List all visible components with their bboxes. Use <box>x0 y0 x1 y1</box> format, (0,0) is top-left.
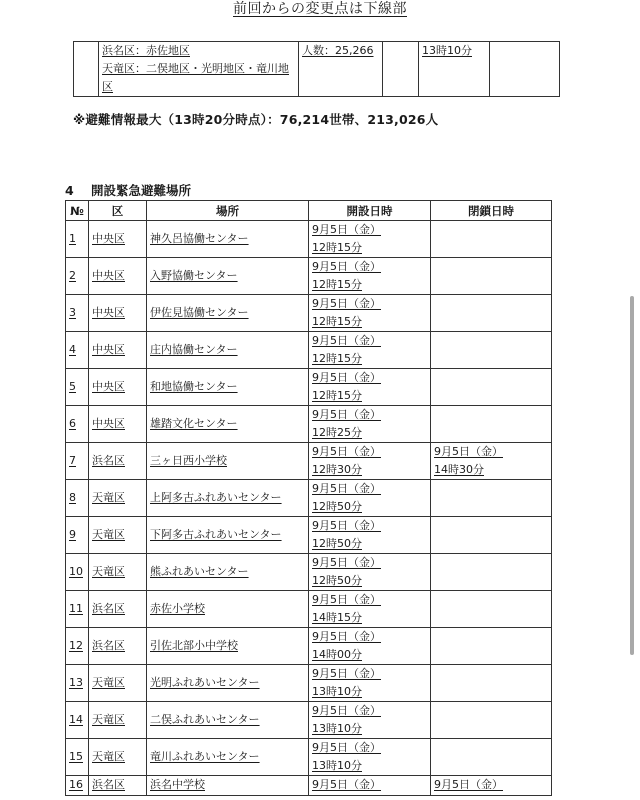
cell-no: 3 <box>66 295 89 332</box>
table-row: 2中央区入野協働センター9月5日（金）12時15分 <box>66 258 552 295</box>
cell-closed <box>431 258 552 295</box>
change-note-text: 前回からの変更点は下線部 <box>233 1 407 17</box>
row-number: 9 <box>69 528 76 541</box>
open-date: 9月5日（金） <box>312 480 430 498</box>
ward-name: 天竜区 <box>92 676 125 689</box>
cell-place: 下阿多古ふれあいセンター <box>147 517 309 554</box>
cell-blank <box>74 42 99 97</box>
table-row: 14天竜区二俣ふれあいセンター9月5日（金）13時10分 <box>66 702 552 739</box>
table-header-row: № 区 場所 開設日時 閉鎖日時 <box>66 201 552 221</box>
open-date: 9月5日（金） <box>312 406 430 424</box>
people-count: 人数：25,266 <box>302 44 374 57</box>
cell-closed <box>431 295 552 332</box>
table-row: 12浜名区引佐北部小中学校9月5日（金）14時00分 <box>66 628 552 665</box>
ward-name: 天竜区 <box>92 750 125 763</box>
shelter-name: 入野協働センター <box>150 269 238 282</box>
cell-opened: 9月5日（金）12時25分 <box>309 406 431 443</box>
cell-no: 8 <box>66 480 89 517</box>
cell-opened: 9月5日（金）12時15分 <box>309 369 431 406</box>
cell-opened: 9月5日（金）12時15分 <box>309 258 431 295</box>
cell-ward: 天竜区 <box>89 739 147 776</box>
row-number: 15 <box>69 750 83 763</box>
open-date: 9月5日（金） <box>312 332 430 350</box>
cell-no: 13 <box>66 665 89 702</box>
cell-no: 1 <box>66 221 89 258</box>
open-date: 9月5日（金） <box>312 628 430 646</box>
row-number: 3 <box>69 306 76 319</box>
cell-closed <box>431 665 552 702</box>
open-time: 12時30分 <box>312 461 430 479</box>
cell-time: 13時10分 <box>419 42 490 97</box>
table-row: 6中央区雄踏文化センター9月5日（金）12時25分 <box>66 406 552 443</box>
cell-no: 6 <box>66 406 89 443</box>
cell-place: 和地協働センター <box>147 369 309 406</box>
open-time: 12時15分 <box>312 276 430 294</box>
ward-name: 中央区 <box>92 343 125 356</box>
cell-closed <box>431 702 552 739</box>
ward-name: 浜名区 <box>92 454 125 467</box>
col-header-no: № <box>66 201 89 221</box>
shelter-name: 神久呂協働センター <box>150 232 249 245</box>
close-time: 14時30分 <box>434 461 551 479</box>
shelter-name: 雄踏文化センター <box>150 417 238 430</box>
change-note-heading: 前回からの変更点は下線部 <box>0 0 640 18</box>
cell-place: 三ヶ日西小学校 <box>147 443 309 480</box>
shelter-name: 熊ふれあいセンター <box>150 565 249 578</box>
shelter-name: 上阿多古ふれあいセンター <box>150 491 282 504</box>
ward-name: 浜名区 <box>92 639 125 652</box>
cell-place: 二俣ふれあいセンター <box>147 702 309 739</box>
cell-place: 上阿多古ふれあいセンター <box>147 480 309 517</box>
cell-opened: 9月5日（金）14時15分 <box>309 591 431 628</box>
open-date: 9月5日（金） <box>312 295 430 313</box>
row-number: 1 <box>69 232 76 245</box>
table-row: 4中央区庄内協働センター9月5日（金）12時15分 <box>66 332 552 369</box>
row-number: 5 <box>69 380 76 393</box>
ward-name: 中央区 <box>92 380 125 393</box>
cell-no: 9 <box>66 517 89 554</box>
cell-place: 伊佐見協働センター <box>147 295 309 332</box>
open-date: 9月5日（金） <box>312 702 430 720</box>
cell-no: 11 <box>66 591 89 628</box>
cell-opened: 9月5日（金）14時00分 <box>309 628 431 665</box>
cell-no: 7 <box>66 443 89 480</box>
shelter-table: № 区 場所 開設日時 閉鎖日時 1中央区神久呂協働センター9月5日（金）12時… <box>65 200 552 796</box>
ward-name: 天竜区 <box>92 528 125 541</box>
col-header-place: 場所 <box>147 201 309 221</box>
area-line: 天竜区：二俣地区・光明地区・竜川地区 <box>102 62 289 93</box>
cell-no: 14 <box>66 702 89 739</box>
ward-name: 中央区 <box>92 232 125 245</box>
ward-name: 浜名区 <box>92 778 125 791</box>
shelter-name: 伊佐見協働センター <box>150 306 249 319</box>
cell-place: 熊ふれあいセンター <box>147 554 309 591</box>
area-line: 浜名区：赤佐地区 <box>102 42 298 60</box>
cell-ward: 中央区 <box>89 258 147 295</box>
ward-name: 中央区 <box>92 417 125 430</box>
cell-place: 神久呂協働センター <box>147 221 309 258</box>
open-time: 12時25分 <box>312 424 430 442</box>
open-time: 12時50分 <box>312 535 430 553</box>
shelter-name: 下阿多古ふれあいセンター <box>150 528 282 541</box>
open-time: 12時15分 <box>312 350 430 368</box>
cell-closed <box>431 369 552 406</box>
table-row: 13天竜区光明ふれあいセンター9月5日（金）13時10分 <box>66 665 552 702</box>
row-number: 6 <box>69 417 76 430</box>
cell-ward: 浜名区 <box>89 628 147 665</box>
shelter-name: 引佐北部小中学校 <box>150 639 238 652</box>
cell-opened: 9月5日（金）12時50分 <box>309 517 431 554</box>
open-date: 9月5日（金） <box>312 517 430 535</box>
ward-name: 中央区 <box>92 269 125 282</box>
table-row: 1中央区神久呂協働センター9月5日（金）12時15分 <box>66 221 552 258</box>
cell-closed <box>431 221 552 258</box>
ward-name: 中央区 <box>92 306 125 319</box>
ward-name: 天竜区 <box>92 713 125 726</box>
cell-closed <box>431 517 552 554</box>
open-date: 9月5日（金） <box>312 776 430 794</box>
open-time: 12時15分 <box>312 313 430 331</box>
cell-ward: 中央区 <box>89 332 147 369</box>
cell-opened: 9月5日（金） <box>309 776 431 796</box>
row-number: 13 <box>69 676 83 689</box>
col-header-ward: 区 <box>89 201 147 221</box>
table-row: 11浜名区赤佐小学校9月5日（金）14時15分 <box>66 591 552 628</box>
cell-opened: 9月5日（金）12時50分 <box>309 554 431 591</box>
cell-ward: 天竜区 <box>89 517 147 554</box>
cell-no: 5 <box>66 369 89 406</box>
row-number: 12 <box>69 639 83 652</box>
cell-closed <box>431 332 552 369</box>
cell-no: 4 <box>66 332 89 369</box>
cell-opened: 9月5日（金）12時50分 <box>309 480 431 517</box>
ward-name: 天竜区 <box>92 491 125 504</box>
evacuation-info-table: 浜名区：赤佐地区 天竜区：二俣地区・光明地区・竜川地区 人数：25,266 13… <box>73 41 560 97</box>
cell-ward: 浜名区 <box>89 776 147 796</box>
row-number: 11 <box>69 602 83 615</box>
shelter-name: 庄内協働センター <box>150 343 238 356</box>
open-time: 12時15分 <box>312 387 430 405</box>
section-title: 開設緊急避難場所 <box>91 183 191 198</box>
row-number: 8 <box>69 491 76 504</box>
open-date: 9月5日（金） <box>312 221 430 239</box>
row-number: 2 <box>69 269 76 282</box>
open-date: 9月5日（金） <box>312 369 430 387</box>
open-date: 9月5日（金） <box>312 739 430 757</box>
table-row: 7浜名区三ヶ日西小学校9月5日（金）12時30分9月5日（金）14時30分 <box>66 443 552 480</box>
cell-closed: 9月5日（金）14時30分 <box>431 443 552 480</box>
cell-ward: 中央区 <box>89 295 147 332</box>
cell-opened: 9月5日（金）13時10分 <box>309 702 431 739</box>
open-time: 12時50分 <box>312 572 430 590</box>
col-header-closed: 閉鎖日時 <box>431 201 552 221</box>
vertical-scrollbar[interactable] <box>630 296 634 655</box>
open-date: 9月5日（金） <box>312 554 430 572</box>
cell-ward: 中央区 <box>89 369 147 406</box>
cell-people: 人数：25,266 <box>299 42 383 97</box>
shelter-name: 赤佐小学校 <box>150 602 205 615</box>
shelter-name: 和地協働センター <box>150 380 238 393</box>
shelter-name: 光明ふれあいセンター <box>150 676 260 689</box>
cell-opened: 9月5日（金）12時15分 <box>309 332 431 369</box>
table-row: 3中央区伊佐見協働センター9月5日（金）12時15分 <box>66 295 552 332</box>
section-heading: 4開設緊急避難場所 <box>65 183 191 199</box>
open-date: 9月5日（金） <box>312 443 430 461</box>
shelter-table-body: 1中央区神久呂協働センター9月5日（金）12時15分2中央区入野協働センター9月… <box>66 221 552 796</box>
cell-blank <box>383 42 419 97</box>
cell-opened: 9月5日（金）12時30分 <box>309 443 431 480</box>
ward-name: 天竜区 <box>92 565 125 578</box>
cell-closed <box>431 554 552 591</box>
row-number: 7 <box>69 454 76 467</box>
col-header-opened: 開設日時 <box>309 201 431 221</box>
open-date: 9月5日（金） <box>312 665 430 683</box>
shelter-name: 竜川ふれあいセンター <box>150 750 260 763</box>
open-time: 14時15分 <box>312 609 430 627</box>
cell-no: 16 <box>66 776 89 796</box>
cell-place: 雄踏文化センター <box>147 406 309 443</box>
table-row: 16浜名区浜名中学校9月5日（金）9月5日（金） <box>66 776 552 796</box>
cell-blank <box>490 42 560 97</box>
evacuation-max-summary: ※避難情報最大（13時20分時点）：76,214世帯、213,026人 <box>73 112 438 128</box>
close-date: 9月5日（金） <box>434 776 551 794</box>
shelter-name: 三ヶ日西小学校 <box>150 454 227 467</box>
row-number: 14 <box>69 713 83 726</box>
cell-closed <box>431 406 552 443</box>
cell-ward: 中央区 <box>89 221 147 258</box>
table-row: 15天竜区竜川ふれあいセンター9月5日（金）13時10分 <box>66 739 552 776</box>
cell-closed <box>431 628 552 665</box>
section-number: 4 <box>65 183 91 199</box>
table-row: 8天竜区上阿多古ふれあいセンター9月5日（金）12時50分 <box>66 480 552 517</box>
cell-place: 浜名中学校 <box>147 776 309 796</box>
open-time: 13時10分 <box>312 720 430 738</box>
cell-ward: 天竜区 <box>89 554 147 591</box>
cell-ward: 天竜区 <box>89 480 147 517</box>
cell-place: 入野協働センター <box>147 258 309 295</box>
cell-no: 10 <box>66 554 89 591</box>
table-row: 浜名区：赤佐地区 天竜区：二俣地区・光明地区・竜川地区 人数：25,266 13… <box>74 42 560 97</box>
cell-no: 15 <box>66 739 89 776</box>
table-row: 10天竜区熊ふれあいセンター9月5日（金）12時50分 <box>66 554 552 591</box>
open-time: 14時00分 <box>312 646 430 664</box>
row-number: 4 <box>69 343 76 356</box>
cell-no: 12 <box>66 628 89 665</box>
open-time: 13時10分 <box>312 757 430 775</box>
cell-ward: 天竜区 <box>89 665 147 702</box>
cell-opened: 9月5日（金）12時15分 <box>309 221 431 258</box>
issue-time: 13時10分 <box>422 44 472 57</box>
close-date: 9月5日（金） <box>434 443 551 461</box>
cell-closed <box>431 480 552 517</box>
cell-place: 光明ふれあいセンター <box>147 665 309 702</box>
open-date: 9月5日（金） <box>312 258 430 276</box>
cell-opened: 9月5日（金）13時10分 <box>309 665 431 702</box>
shelter-name: 浜名中学校 <box>150 778 205 791</box>
cell-place: 竜川ふれあいセンター <box>147 739 309 776</box>
cell-place: 引佐北部小中学校 <box>147 628 309 665</box>
cell-ward: 中央区 <box>89 406 147 443</box>
cell-ward: 天竜区 <box>89 702 147 739</box>
open-time: 12時15分 <box>312 239 430 257</box>
cell-closed <box>431 591 552 628</box>
open-time: 13時10分 <box>312 683 430 701</box>
shelter-name: 二俣ふれあいセンター <box>150 713 260 726</box>
cell-areas: 浜名区：赤佐地区 天竜区：二俣地区・光明地区・竜川地区 <box>99 42 299 97</box>
cell-closed <box>431 739 552 776</box>
cell-opened: 9月5日（金）12時15分 <box>309 295 431 332</box>
cell-opened: 9月5日（金）13時10分 <box>309 739 431 776</box>
open-date: 9月5日（金） <box>312 591 430 609</box>
open-time: 12時50分 <box>312 498 430 516</box>
row-number: 16 <box>69 778 83 791</box>
cell-ward: 浜名区 <box>89 443 147 480</box>
cell-place: 赤佐小学校 <box>147 591 309 628</box>
ward-name: 浜名区 <box>92 602 125 615</box>
cell-place: 庄内協働センター <box>147 332 309 369</box>
cell-ward: 浜名区 <box>89 591 147 628</box>
table-row: 5中央区和地協働センター9月5日（金）12時15分 <box>66 369 552 406</box>
cell-closed: 9月5日（金） <box>431 776 552 796</box>
table-row: 9天竜区下阿多古ふれあいセンター9月5日（金）12時50分 <box>66 517 552 554</box>
cell-no: 2 <box>66 258 89 295</box>
row-number: 10 <box>69 565 83 578</box>
